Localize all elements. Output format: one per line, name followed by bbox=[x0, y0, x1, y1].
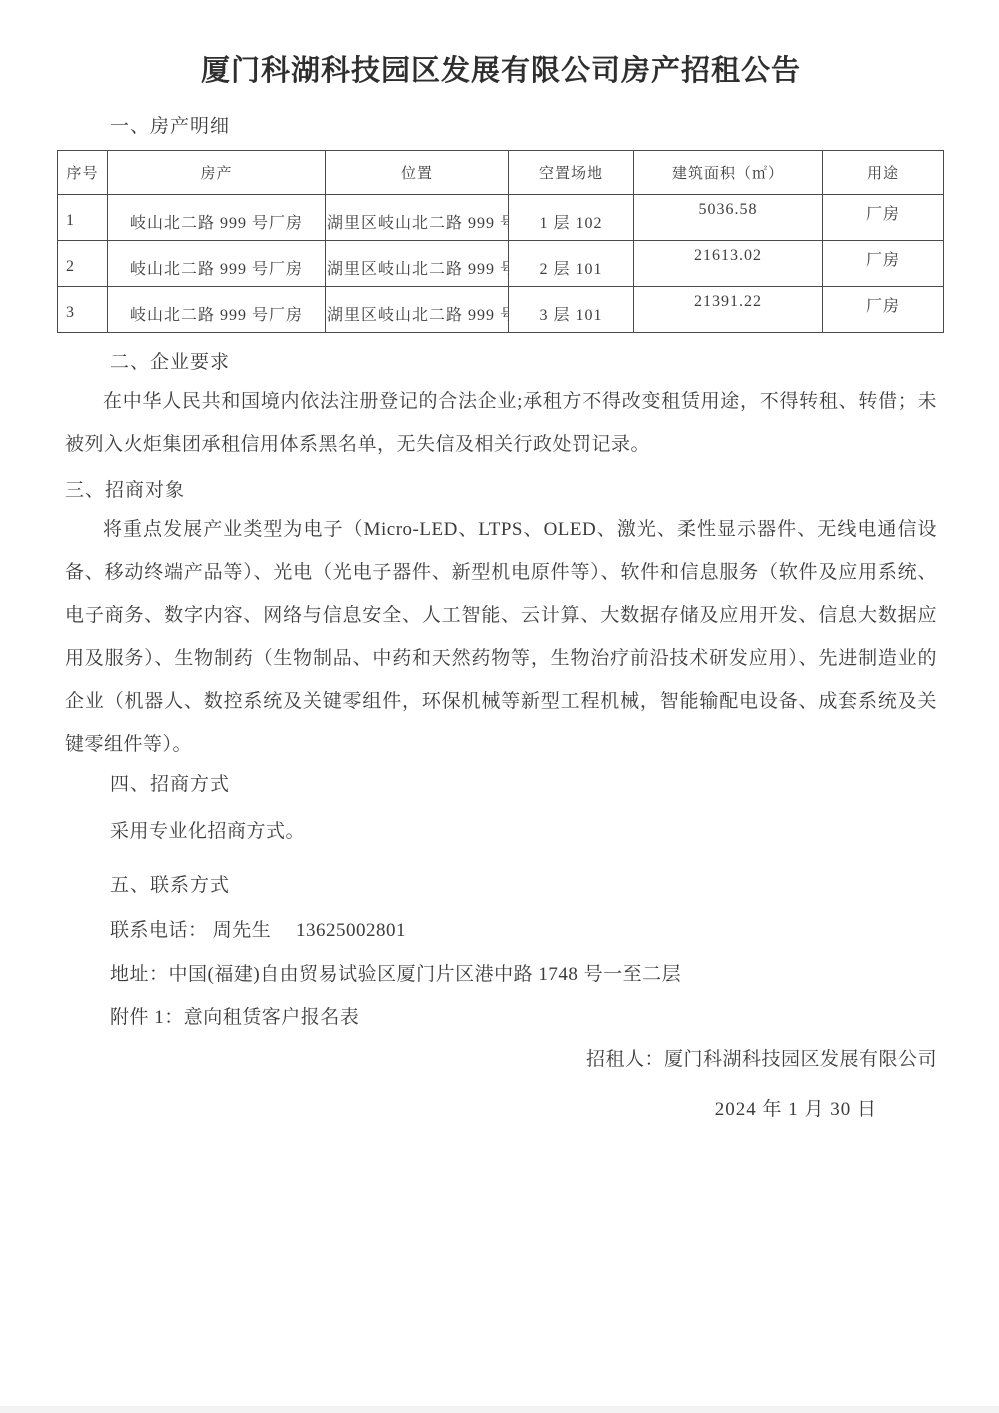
document-page: 厦门科湖科技园区发展有限公司房产招租公告 一、房产明细 序号 房产 位置 空置场… bbox=[0, 0, 999, 1413]
col-header-usage: 用途 bbox=[823, 151, 944, 195]
cell-index: 1 bbox=[58, 195, 108, 241]
cell-usage: 厂房 bbox=[823, 287, 944, 333]
document-date: 2024 年 1 月 30 日 bbox=[65, 1097, 937, 1123]
table-row: 3 岐山北二路 999 号厂房 湖里区岐山北二路 999 号 3 层 101 2… bbox=[58, 287, 944, 333]
cell-usage: 厂房 bbox=[823, 241, 944, 287]
section-heading-investment-targets: 三、招商对象 bbox=[65, 478, 937, 504]
col-header-property: 房产 bbox=[108, 151, 326, 195]
document-content: 厦门科湖科技园区发展有限公司房产招租公告 一、房产明细 序号 房产 位置 空置场… bbox=[0, 0, 999, 1123]
cell-building-area: 21391.22 bbox=[634, 287, 823, 333]
cell-location: 湖里区岐山北二路 999 号 bbox=[326, 195, 509, 241]
page-title: 厦门科湖科技园区发展有限公司房产招租公告 bbox=[65, 52, 937, 90]
col-header-vacant-site: 空置场地 bbox=[509, 151, 634, 195]
page-bottom-edge bbox=[0, 1406, 999, 1413]
section-heading-investment-method: 四、招商方式 bbox=[65, 772, 937, 798]
cell-location: 湖里区岐山北二路 999 号 bbox=[326, 241, 509, 287]
table-header-row: 序号 房产 位置 空置场地 建筑面积（㎡） 用途 bbox=[58, 151, 944, 195]
lessor-signature-line: 招租人：厦门科湖科技园区发展有限公司 bbox=[65, 1047, 937, 1073]
cell-vacant-site: 3 层 101 bbox=[509, 287, 634, 333]
cell-vacant-site: 2 层 101 bbox=[509, 241, 634, 287]
cell-index: 3 bbox=[58, 287, 108, 333]
property-table: 序号 房产 位置 空置场地 建筑面积（㎡） 用途 1 岐山北二路 999 号厂房… bbox=[57, 150, 944, 333]
cell-vacant-site: 1 层 102 bbox=[509, 195, 634, 241]
cell-location: 湖里区岐山北二路 999 号 bbox=[326, 287, 509, 333]
investment-method-text: 采用专业化招商方式。 bbox=[65, 819, 937, 845]
contact-address-line: 地址：中国(福建)自由贸易试验区厦门片区港中路 1748 号一至二层 bbox=[65, 962, 937, 988]
investment-targets-text: 将重点发展产业类型为电子（Micro-LED、LTPS、OLED、激光、柔性显示… bbox=[65, 508, 937, 766]
section-heading-enterprise-requirements: 二、企业要求 bbox=[65, 350, 937, 376]
col-header-index: 序号 bbox=[58, 151, 108, 195]
table-row: 2 岐山北二路 999 号厂房 湖里区岐山北二路 999 号 2 层 101 2… bbox=[58, 241, 944, 287]
table-row: 1 岐山北二路 999 号厂房 湖里区岐山北二路 999 号 1 层 102 5… bbox=[58, 195, 944, 241]
attachment-line: 附件 1：意向租赁客户报名表 bbox=[65, 1005, 937, 1031]
col-header-location: 位置 bbox=[326, 151, 509, 195]
section-heading-contact: 五、联系方式 bbox=[65, 873, 937, 899]
cell-property: 岐山北二路 999 号厂房 bbox=[108, 241, 326, 287]
cell-index: 2 bbox=[58, 241, 108, 287]
col-header-building-area: 建筑面积（㎡） bbox=[634, 151, 823, 195]
cell-building-area: 21613.02 bbox=[634, 241, 823, 287]
cell-usage: 厂房 bbox=[823, 195, 944, 241]
cell-building-area: 5036.58 bbox=[634, 195, 823, 241]
cell-property: 岐山北二路 999 号厂房 bbox=[108, 287, 326, 333]
contact-phone-line: 联系电话： 周先生 13625002801 bbox=[65, 918, 937, 944]
cell-property: 岐山北二路 999 号厂房 bbox=[108, 195, 326, 241]
enterprise-requirements-text: 在中华人民共和国境内依法注册登记的合法企业;承租方不得改变租赁用途，不得转租、转… bbox=[65, 380, 937, 466]
section-heading-property-details: 一、房产明细 bbox=[65, 114, 937, 140]
